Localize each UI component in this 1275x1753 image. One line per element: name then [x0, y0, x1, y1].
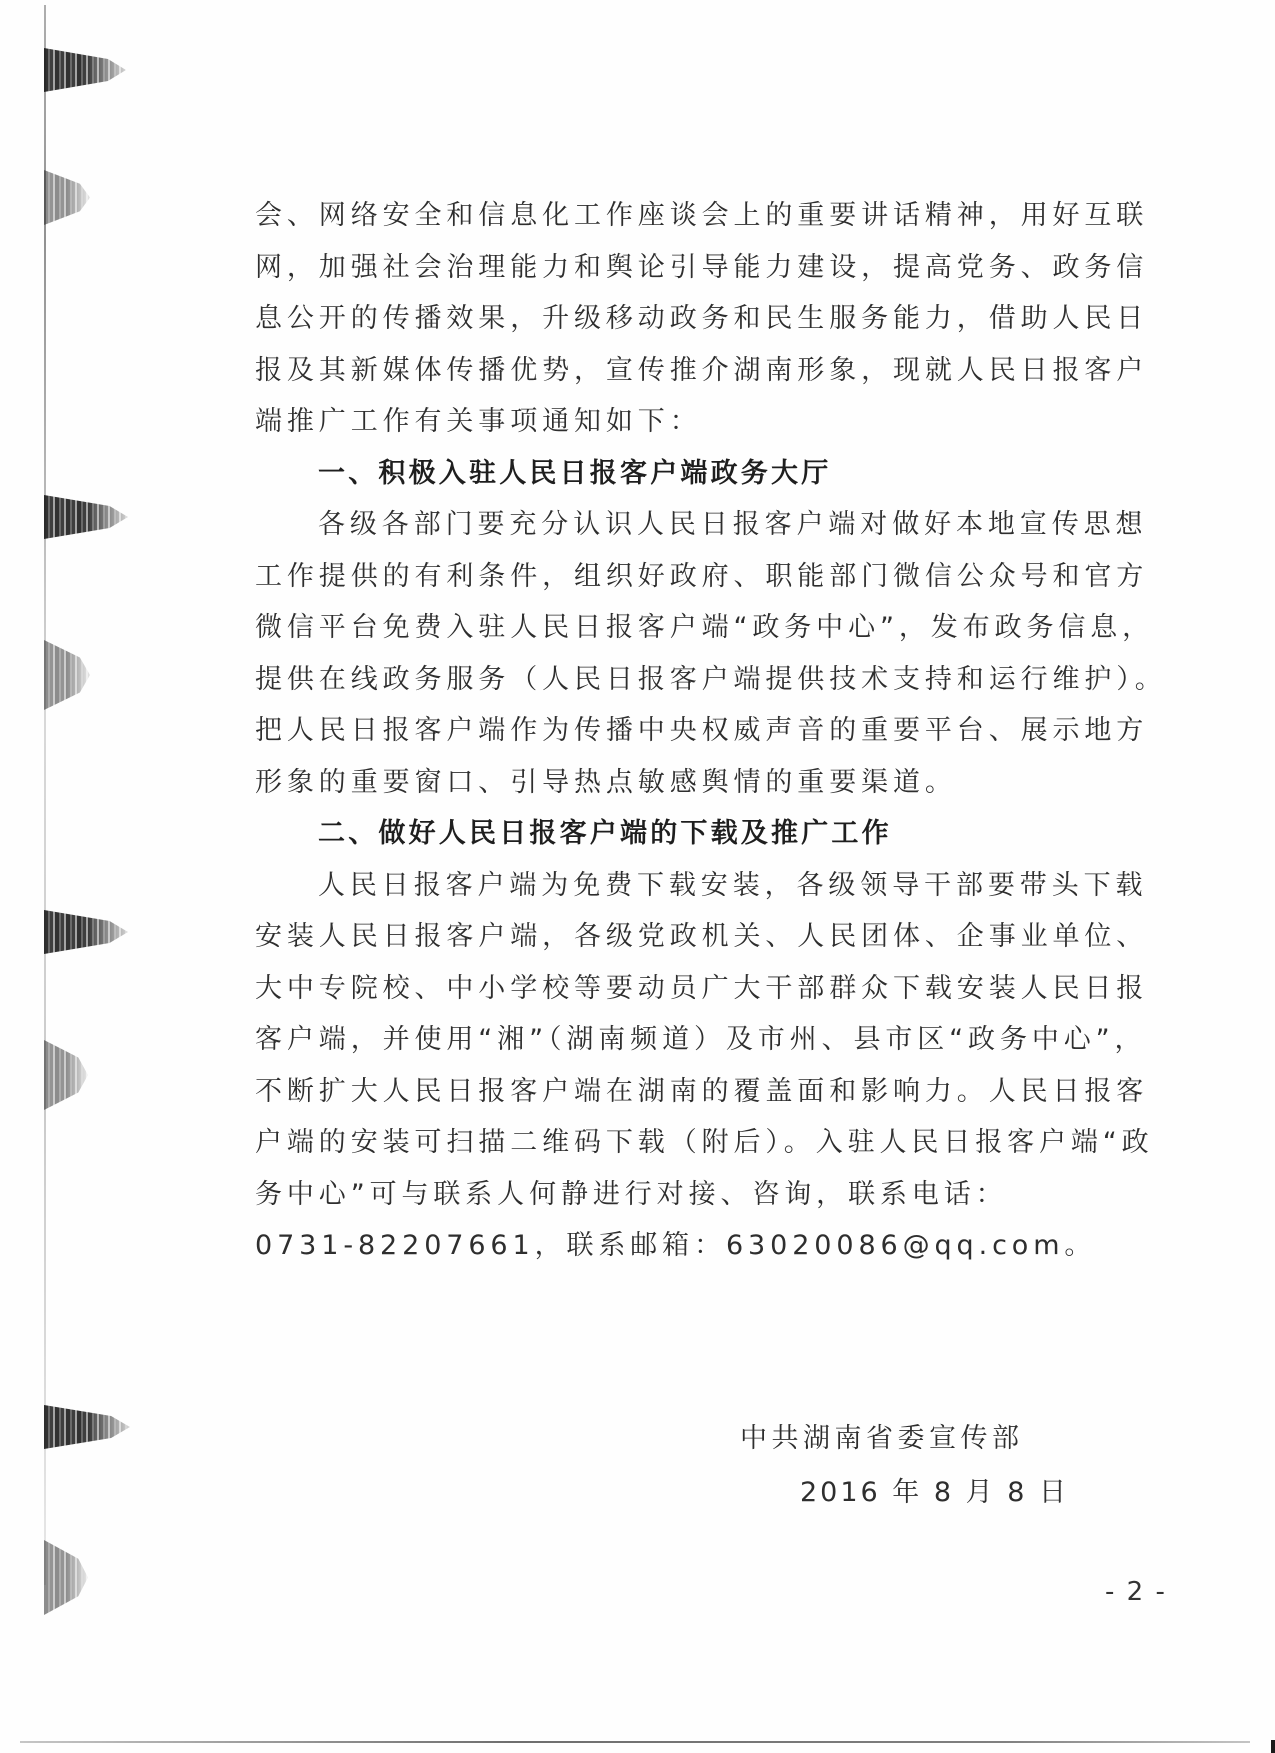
binding-hole-mark [44, 640, 90, 710]
text-line: 人民日报客户端为免费下载安装，各级领导干部要带头下载 [255, 860, 1155, 912]
issue-date: 2016 年 8 月 8 日 [740, 1466, 1069, 1520]
text-line: 息公开的传播效果，升级移动政务和民生服务能力，借助人民日 [255, 293, 1155, 345]
scan-bottom-edge [20, 1741, 1250, 1743]
section-1-heading: 一、积极入驻人民日报客户端政务大厅 [255, 448, 1155, 500]
text-line: 端推广工作有关事项通知如下： [255, 396, 1155, 448]
binding-hole-mark [44, 1405, 130, 1449]
text-line: 户端的安装可扫描二维码下载（附后）。入驻人民日报客户端“政 [255, 1117, 1155, 1169]
text-line: 报及其新媒体传播优势，宣传推介湖南形象，现就人民日报客户 [255, 345, 1155, 397]
binding-hole-mark [44, 1040, 88, 1110]
section-2: 二、做好人民日报客户端的下载及推广工作 人民日报客户端为免费下载安装，各级领导干… [255, 808, 1155, 1272]
issuing-organization: 中共湖南省委宣传部 [740, 1412, 1069, 1466]
text-line: 微信平台免费入驻人民日报客户端“政务中心”，发布政务信息， [255, 602, 1155, 654]
section-1: 一、积极入驻人民日报客户端政务大厅 各级各部门要充分认识人民日报客户端对做好本地… [255, 448, 1155, 809]
text-line: 会、网络安全和信息化工作座谈会上的重要讲话精神，用好互联 [255, 190, 1155, 242]
binding-hole-mark [44, 48, 126, 92]
document-body: 会、网络安全和信息化工作座谈会上的重要讲话精神，用好互联 网，加强社会治理能力和… [255, 190, 1155, 1272]
text-line: 大中专院校、中小学校等要动员广大干部群众下载安装人民日报 [255, 963, 1155, 1015]
text-line: 把人民日报客户端作为传播中央权威声音的重要平台、展示地方 [255, 705, 1155, 757]
text-line: 各级各部门要充分认识人民日报客户端对做好本地宣传思想 [255, 499, 1155, 551]
binding-hole-mark [44, 495, 128, 539]
text-line: 客户端，并使用“湘”（湖南频道）及市州、县市区“政务中心”， [255, 1014, 1155, 1066]
text-line: 提供在线政务服务（人民日报客户端提供技术支持和运行维护）。 [255, 654, 1155, 706]
text-line: 工作提供的有利条件，组织好政府、职能部门微信公众号和官方 [255, 551, 1155, 603]
scan-binding-edge [44, 5, 46, 1585]
text-line: 务中心”可与联系人何静进行对接、咨询，联系电话： [255, 1169, 1155, 1221]
text-line: 不断扩大人民日报客户端在湖南的覆盖面和影响力。人民日报客 [255, 1066, 1155, 1118]
binding-hole-mark [44, 910, 128, 954]
scanned-document-page: 会、网络安全和信息化工作座谈会上的重要讲话精神，用好互联 网，加强社会治理能力和… [0, 0, 1275, 1753]
text-line: 安装人民日报客户端，各级党政机关、人民团体、企事业单位、 [255, 911, 1155, 963]
contact-line: 0731-82207661，联系邮箱：63020086@qq.com。 [255, 1220, 1155, 1272]
intro-paragraph: 会、网络安全和信息化工作座谈会上的重要讲话精神，用好互联 网，加强社会治理能力和… [255, 190, 1155, 448]
page-number: - 2 - [1105, 1577, 1167, 1607]
text-line: 网，加强社会治理能力和舆论引导能力建设，提高党务、政务信 [255, 242, 1155, 294]
section-2-heading: 二、做好人民日报客户端的下载及推广工作 [255, 808, 1155, 860]
binding-hole-mark [44, 1540, 88, 1615]
binding-hole-mark [44, 170, 90, 225]
signature-block: 中共湖南省委宣传部 2016 年 8 月 8 日 [740, 1412, 1069, 1520]
text-line: 形象的重要窗口、引导热点敏感舆情的重要渠道。 [255, 757, 1155, 809]
scan-right-edge [1271, 1740, 1275, 1753]
